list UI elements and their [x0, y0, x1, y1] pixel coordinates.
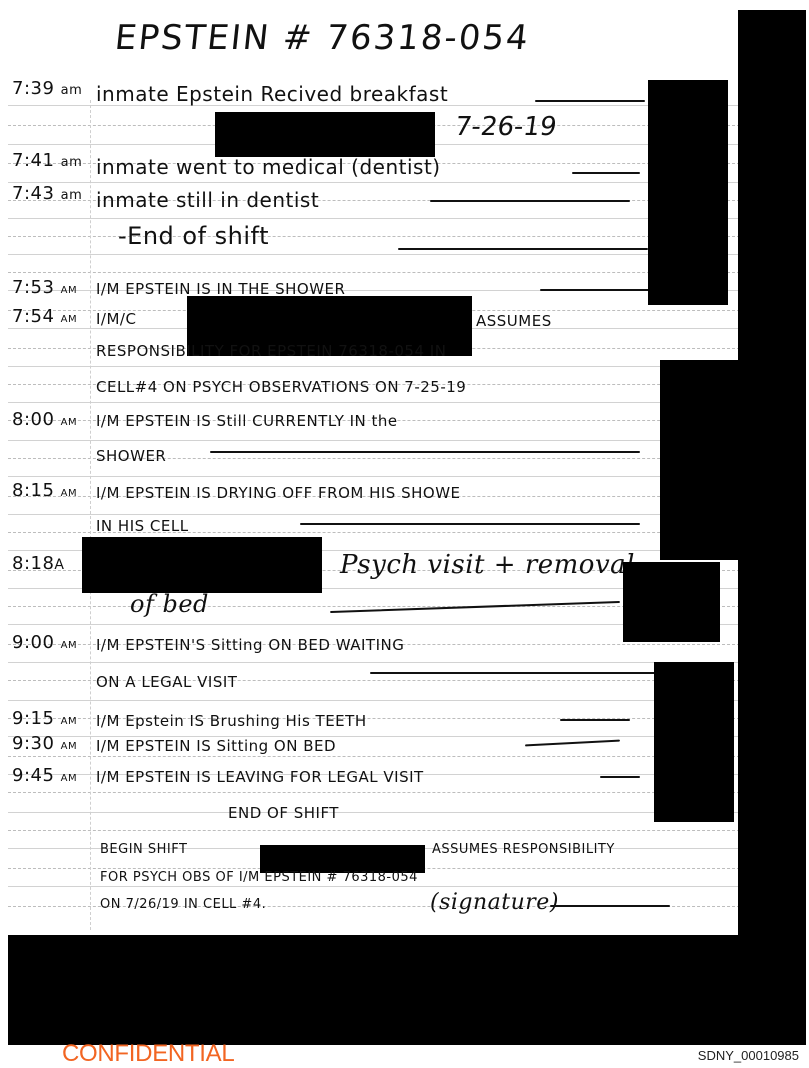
entry-text: IN HIS CELL	[96, 517, 189, 535]
ruled-line	[8, 440, 740, 441]
margin-line	[90, 100, 91, 930]
ruled-line	[8, 272, 740, 273]
redaction-box	[82, 537, 322, 593]
time-meridiem: AM	[61, 314, 77, 325]
entry-text: I/M Epstein IS Brushing His TEETH	[96, 712, 367, 730]
time-meridiem: am	[61, 83, 83, 98]
pen-line	[560, 719, 630, 721]
entry-text: Psych visit + removal	[340, 550, 635, 580]
time-meridiem: am	[61, 155, 83, 170]
time-value: 7:54	[12, 306, 54, 327]
redaction-box	[660, 360, 738, 560]
ruled-line	[8, 182, 740, 183]
entry-text: inmate still in dentist	[96, 188, 319, 212]
end-of-shift-note: END OF SHIFT	[228, 804, 339, 822]
entry-text: of bed	[130, 590, 209, 618]
time-value: 7:41	[12, 150, 54, 171]
scan-edge-shadow	[738, 10, 806, 1045]
redaction-box	[260, 845, 425, 873]
entry-time: 8:18A	[12, 553, 65, 574]
entry-time: 7:54 AM	[12, 306, 77, 327]
time-value: 8:15	[12, 480, 54, 501]
ruled-line	[8, 662, 740, 663]
entry-text-continued: ASSUMES	[476, 312, 552, 330]
ruled-line	[8, 514, 740, 515]
ruled-line	[8, 402, 740, 403]
ruled-line	[8, 812, 740, 813]
pen-line	[540, 289, 650, 291]
entry-time: 7:41 am	[12, 150, 82, 171]
ruled-line	[8, 830, 740, 831]
entry-text: SHOWER	[96, 447, 166, 465]
ruled-line	[8, 254, 740, 255]
entry-time: 7:53 AM	[12, 277, 77, 298]
entry-text-continued: ASSUMES RESPONSIBILITY	[432, 842, 615, 857]
time-value: 9:45	[12, 765, 54, 786]
pen-line	[370, 672, 655, 674]
time-value: 9:00	[12, 632, 54, 653]
redaction-box	[623, 562, 720, 642]
entry-text: ON 7/26/19 IN CELL #4.	[100, 897, 266, 912]
ruled-line	[8, 756, 740, 757]
pen-line	[300, 523, 640, 525]
entry-time: 8:15 AM	[12, 480, 77, 501]
time-value: 9:30	[12, 733, 54, 754]
inmate-heading: EPSTEIN # 76318-054	[113, 18, 532, 58]
date-stamp: 7-26-19	[453, 112, 559, 142]
time-meridiem: AM	[61, 716, 77, 727]
entry-text: CELL#4 ON PSYCH OBSERVATIONS ON 7-25-19	[96, 378, 466, 396]
entry-text: I/M EPSTEIN IS LEAVING FOR LEGAL VISIT	[96, 768, 424, 786]
ruled-line	[8, 218, 740, 219]
pen-line	[525, 740, 620, 747]
ruled-line	[8, 886, 740, 887]
time-value: 7:39	[12, 78, 54, 99]
entry-time: 7:39 am	[12, 78, 82, 99]
pen-line	[600, 776, 640, 778]
time-meridiem: A	[54, 557, 64, 573]
pen-line	[572, 172, 640, 174]
time-meridiem: AM	[61, 417, 77, 428]
time-value: 7:43	[12, 183, 54, 204]
scan-bottom-shadow	[8, 935, 800, 1045]
entry-text: I/M EPSTEIN IS Still CURRENTLY IN the	[96, 412, 398, 430]
entry-text: inmate went to medical (dentist)	[96, 155, 441, 179]
ruled-line	[8, 700, 740, 701]
time-value: 8:18	[12, 553, 54, 574]
entry-time: 9:30 AM	[12, 733, 77, 754]
pen-line	[430, 200, 630, 202]
entry-text: I/M EPSTEIN IS DRYING OFF FROM HIS SHOWE	[96, 484, 461, 502]
entry-text: ON A LEGAL VISIT	[96, 673, 237, 691]
end-of-shift-note: -End of shift	[118, 222, 269, 250]
entry-text: FOR PSYCH OBS OF I/M EPSTEIN # 76318-054	[100, 870, 418, 885]
redaction-box	[654, 662, 734, 822]
entry-time: 7:43 am	[12, 183, 82, 204]
time-value: 8:00	[12, 409, 54, 430]
redaction-box	[648, 80, 728, 305]
time-value: 9:15	[12, 708, 54, 729]
time-meridiem: AM	[61, 773, 77, 784]
pen-line	[535, 100, 645, 102]
pen-line	[550, 905, 670, 907]
scanned-log-page: EPSTEIN # 76318-054 7:39 am inmate Epste…	[0, 0, 809, 1068]
entry-text: BEGIN SHIFT	[100, 842, 187, 857]
time-meridiem: AM	[61, 488, 77, 499]
entry-time: 9:15 AM	[12, 708, 77, 729]
pen-line	[398, 248, 648, 250]
time-meridiem: AM	[61, 640, 77, 651]
entry-time: 9:00 AM	[12, 632, 77, 653]
entry-text: I/M/C	[96, 310, 136, 328]
time-meridiem: AM	[61, 741, 77, 752]
entry-text: I/M EPSTEIN'S Sitting ON BED WAITING	[96, 636, 404, 654]
entry-time: 8:00 AM	[12, 409, 77, 430]
entry-text: I/M EPSTEIN IS Sitting ON BED	[96, 737, 336, 755]
redaction-box	[215, 112, 435, 157]
pen-line	[210, 451, 640, 453]
bates-number: SDNY_00010985	[698, 1048, 799, 1063]
time-meridiem: AM	[61, 285, 77, 296]
time-meridiem: am	[61, 188, 83, 203]
entry-text: RESPONSIBILITY FOR EPSTEIN 76318-054 IN	[96, 342, 446, 360]
entry-time: 9:45 AM	[12, 765, 77, 786]
officer-signature: (signature)	[430, 890, 559, 915]
entry-text: inmate Epstein Recived breakfast	[96, 82, 448, 106]
ruled-line	[8, 476, 740, 477]
time-value: 7:53	[12, 277, 54, 298]
confidential-stamp: CONFIDENTIAL	[62, 1040, 234, 1068]
ruled-line	[8, 792, 740, 793]
ruled-line	[8, 366, 740, 367]
